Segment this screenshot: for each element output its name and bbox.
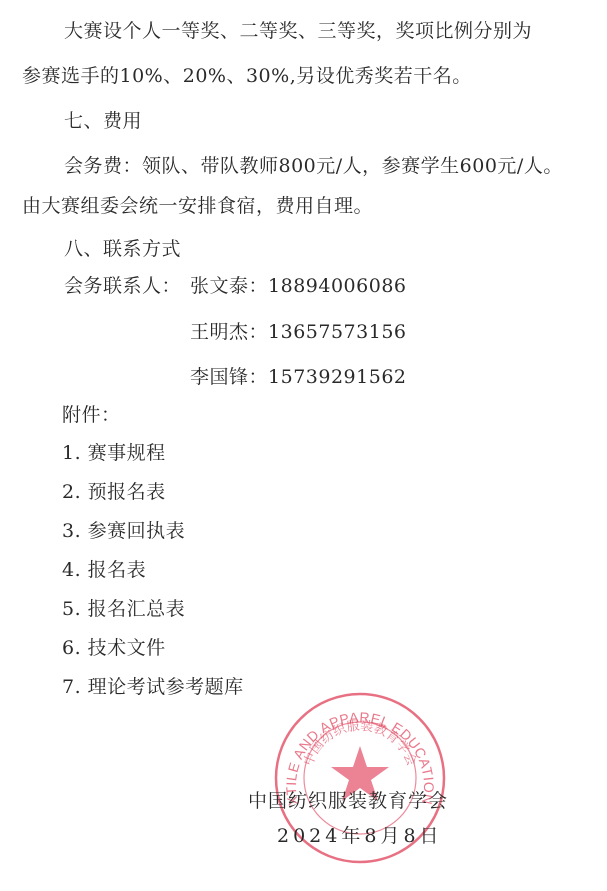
section-7-heading: 七、费用: [64, 106, 142, 133]
contact-phone: 13657573156: [268, 321, 406, 343]
signature-date: 2024年8月8日: [277, 821, 443, 848]
contact-phone: 15739291562: [268, 366, 406, 388]
fee-line-1: 会务费：领队、带队教师800元/人，参赛学生600元/人。: [64, 151, 563, 178]
attachment-item[interactable]: 7. 理论考试参考题库: [62, 672, 244, 699]
attachment-item[interactable]: 4. 报名表: [62, 555, 146, 582]
contact-label: 会务联系人：: [64, 271, 181, 298]
attachment-item[interactable]: 1. 赛事规程: [62, 438, 166, 465]
attachment-item[interactable]: 6. 技术文件: [62, 633, 166, 660]
contact-row: 王明杰：13657573156: [190, 317, 407, 344]
fee-line-2: 由大赛组委会统一安排食宿，费用自理。: [22, 191, 373, 218]
awards-line-2: 参赛选手的10%、20%、30%,另设优秀奖若干名。: [22, 61, 472, 88]
contact-row: 张文泰：18894006086: [190, 271, 407, 298]
awards-line-1: 大赛设个人一等奖、二等奖、三等奖，奖项比例分别为: [64, 16, 532, 43]
signature-org: 中国纺织服装教育学会: [248, 786, 448, 813]
attachment-item[interactable]: 3. 参赛回执表: [62, 516, 185, 543]
contact-name: 王明杰: [190, 321, 249, 343]
contact-phone: 18894006086: [268, 275, 406, 297]
attachments-heading: 附件：: [62, 400, 121, 427]
section-8-heading: 八、联系方式: [64, 234, 181, 261]
contact-name: 李国锋: [190, 366, 249, 388]
contact-name: 张文泰: [190, 275, 249, 297]
attachment-item[interactable]: 5. 报名汇总表: [62, 594, 185, 621]
attachment-item[interactable]: 2. 预报名表: [62, 477, 166, 504]
contact-row: 李国锋：15739291562: [190, 362, 407, 389]
